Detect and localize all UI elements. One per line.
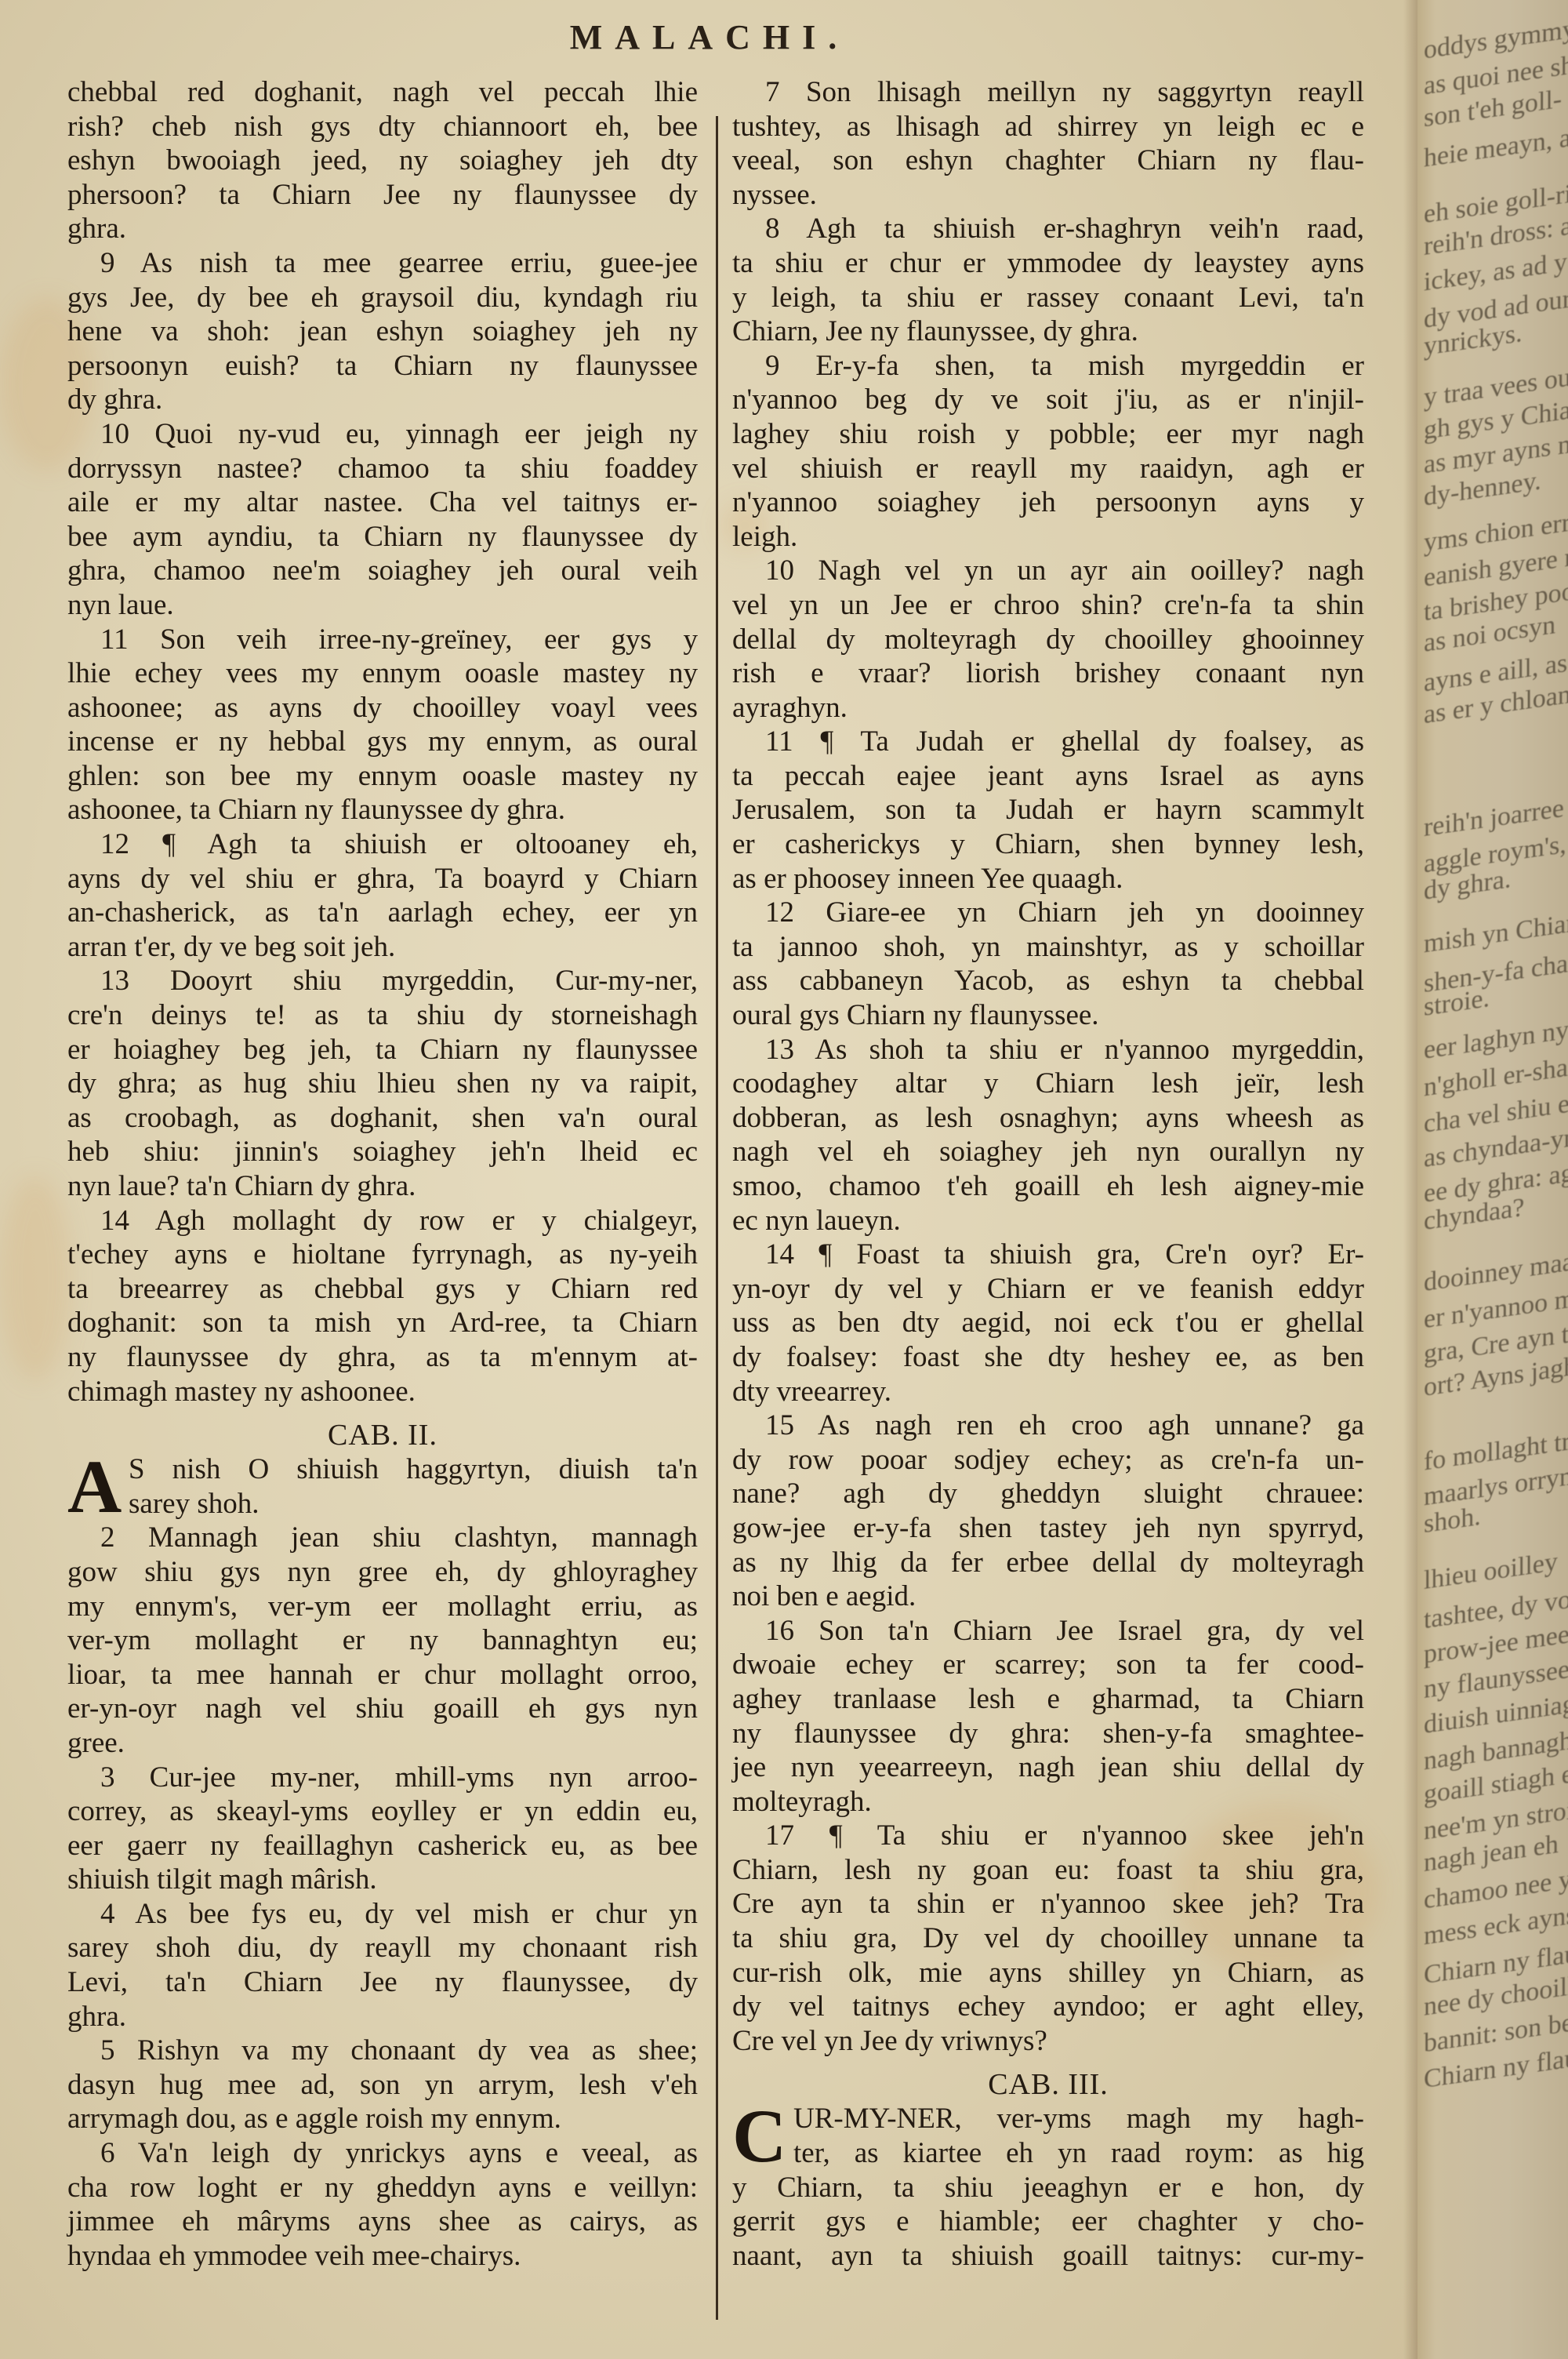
- text-line: noi ben e aegid.: [732, 1579, 1364, 1614]
- text-line: nagh vel eh soiaghey jeh nyn ourallyn ny: [732, 1135, 1364, 1169]
- text-line: Chiarn, lesh ny goan eu: foast ta shiu g…: [732, 1853, 1364, 1888]
- text-line: gys Jee, dy bee eh graysoil diu, kyndagh…: [67, 281, 698, 315]
- text-line: Chiarn, Jee ny flaunyssee, dy ghra.: [732, 314, 1364, 349]
- paper-stain: [0, 1176, 71, 1380]
- text-line: hyndaa eh ymmodee veih mee-chairys.: [67, 2239, 698, 2274]
- text-line: er hoiaghey beg jeh, ta Chiarn ny flauny…: [67, 1033, 698, 1067]
- text-line: 10 Nagh vel yn un ayr ain ooilley? nagh: [732, 554, 1364, 588]
- text-line: ter, as kiartee eh yn raad roym: as hig: [732, 2136, 1364, 2171]
- text-line: ec nyn laueyn.: [732, 1204, 1364, 1238]
- text-line: rish e vraar? liorish brishey conaant ny…: [732, 656, 1364, 691]
- text-line: 15 As nagh ren eh croo agh unnane? ga: [732, 1408, 1364, 1443]
- text-line: sarey shoh diu, dy reayll my chonaant ri…: [67, 1931, 698, 1965]
- text-line: oural gys Chiarn ny flaunyssee.: [732, 998, 1364, 1033]
- text-line: er casherickys y Chiarn, shen bynney les…: [732, 827, 1364, 862]
- text-line: ashoonee; as ayns dy chooilley voayl vee…: [67, 691, 698, 725]
- text-line: aile er my altar nastee. Cha vel taitnys…: [67, 485, 698, 520]
- text-line: molteyragh.: [732, 1785, 1364, 1819]
- left-column: chebbal red doghanit, nagh vel peccah lh…: [67, 75, 698, 2273]
- text-line: 12 Giare-ee yn Chiarn jeh yn dooinney: [732, 896, 1364, 930]
- text-line: Cre ayn ta shin er n'yannoo skee jeh? Tr…: [732, 1887, 1364, 1921]
- right-column: 7 Son lhisagh meillyn ny saggyrtyn reayl…: [732, 75, 1364, 2273]
- text-line: ver-ym mollaght er ny bannaghtyn eu;: [67, 1623, 698, 1658]
- text-line: vel shiuish er reayll my raaidyn, agh er: [732, 452, 1364, 486]
- text-line: ghra, chamoo nee'm soiaghey jeh oural ve…: [67, 554, 698, 588]
- text-line: 13 As shoh ta shiu er n'yannoo myrgeddin…: [732, 1033, 1364, 1067]
- text-line: vel yn un Jee er chroo shin? cre'n-fa ta…: [732, 588, 1364, 623]
- text-line: dasyn hug mee ad, son yn arrym, lesh v'e…: [67, 2068, 698, 2103]
- text-line: as er phoosey inneen Yee quaagh.: [732, 862, 1364, 896]
- text-line: dwoaie echey er scarrey; son ta fer cood…: [732, 1648, 1364, 1682]
- text-line: 7 Son lhisagh meillyn ny saggyrtyn reayl…: [732, 75, 1364, 110]
- text-line: 14 ¶ Foast ta shiuish gra, Cre'n oyr? Er…: [732, 1238, 1364, 1272]
- text-line: jimmee eh mâryms ayns shee as cairys, as: [67, 2205, 698, 2239]
- chapter-opening: CUR-MY-NER, ver-yms magh my hagh-ter, as…: [732, 2102, 1364, 2170]
- text-line: coodaghey altar y Chiarn lesh jeïr, lesh: [732, 1067, 1364, 1101]
- text-line: nyssee.: [732, 178, 1364, 213]
- text-line: S nish O shiuish haggyrtyn, diuish ta'n: [67, 1452, 698, 1487]
- text-line: ta shiu er chur er ymmodee dy leaystey a…: [732, 246, 1364, 281]
- text-line: ta breearrey as chebbal gys y Chiarn red: [67, 1272, 698, 1307]
- text-line: 6 Va'n leigh dy ynrickys ayns e veeal, a…: [67, 2136, 698, 2171]
- curled-next-page: oddys gymmyrkas quoi nee shassson t'eh g…: [1417, 0, 1568, 2359]
- text-line: 11 ¶ Ta Judah er ghellal dy foalsey, as: [732, 725, 1364, 759]
- text-line: 14 Agh mollaght dy row er y chialgeyr,: [67, 1204, 698, 1238]
- text-line: phersoon? ta Chiarn Jee ny flaunyssee dy: [67, 178, 698, 213]
- text-line: 13 Dooyrt shiu myrgeddin, Cur-my-ner,: [67, 964, 698, 998]
- text-line: ny flaunyssee dy ghra: shen-y-fa smaghte…: [732, 1717, 1364, 1751]
- text-line: UR-MY-NER, ver-yms magh my hagh-: [732, 2102, 1364, 2136]
- text-line: 17 ¶ Ta shiu er n'yannoo skee jeh'n: [732, 1819, 1364, 1853]
- text-line: aghey tranlaase lesh e gharmad, ta Chiar…: [732, 1682, 1364, 1717]
- text-line: 9 Er-y-fa shen, ta mish myrgeddin er: [732, 349, 1364, 383]
- chapter-heading: CAB. II.: [67, 1408, 698, 1452]
- text-line: eshyn bwooiagh jeed, ny soiaghey jeh dty: [67, 144, 698, 178]
- text-line: 11 Son veih irree-ny-greïney, eer gys y: [67, 623, 698, 657]
- text-line: shiuish tilgit magh mârish.: [67, 1863, 698, 1897]
- text-line: er-yn-oyr nagh vel shiu goaill eh gys ny…: [67, 1692, 698, 1726]
- text-line: arrymagh dou, as e aggle roish my ennym.: [67, 2102, 698, 2136]
- text-line: 4 As bee fys eu, dy vel mish er chur yn: [67, 1897, 698, 1932]
- text-line: Jerusalem, son ta Judah er hayrn scammyl…: [732, 793, 1364, 827]
- text-line: arran t'er, dy ve beg soit jeh.: [67, 930, 698, 965]
- text-line: dellal dy molteyragh dy chooilley ghooin…: [732, 623, 1364, 657]
- text-line: laghey shiu roish y pobble; eer myr nagh: [732, 417, 1364, 452]
- text-line: lioar, ta mee hannah er chur mollaght or…: [67, 1658, 698, 1692]
- text-line: lhie echey vees my ennym ooasle mastey n…: [67, 656, 698, 691]
- text-line: as croobagh, as doghanit, shen va'n oura…: [67, 1101, 698, 1136]
- text-line: smoo, chamoo t'eh goaill eh lesh aigney-…: [732, 1169, 1364, 1204]
- text-line: uss as ben dty aegid, noi eck t'ou er gh…: [732, 1306, 1364, 1340]
- chapter-opening: AS nish O shiuish haggyrtyn, diuish ta'n…: [67, 1452, 698, 1521]
- text-line: dy row pooar sodjey echey; as cre'n-fa u…: [732, 1443, 1364, 1478]
- text-line: nyn laue.: [67, 588, 698, 623]
- text-line: nane? agh dy gheddyn sluight chrauee:: [732, 1477, 1364, 1511]
- text-line: naant, ayn ta shiuish goaill taitnys: cu…: [732, 2239, 1364, 2274]
- text-line: gow shiu gys nyn gree eh, dy ghloyraghey: [67, 1555, 698, 1590]
- text-line: dorryssyn nastee? chamoo ta shiu foaddey: [67, 452, 698, 486]
- text-line: y Chiarn, ta shiu jeeaghyn er e hon, dy: [732, 2171, 1364, 2205]
- text-line: dy foalsey: foast she dty heshey ee, as …: [732, 1340, 1364, 1375]
- text-line: ayns dy vel shiu er ghra, Ta boayrd y Ch…: [67, 862, 698, 896]
- text-line: dy ghra.: [67, 383, 698, 417]
- text-line: dty vreearrey.: [732, 1375, 1364, 1409]
- text-line: ghlen: son bee my ennym ooasle mastey ny: [67, 759, 698, 794]
- text-line: n'yannoo beg dy ve soit j'iu, as er n'in…: [732, 383, 1364, 417]
- text-line: ta jannoo shoh, yn mainshtyr, as y schoi…: [732, 930, 1364, 965]
- text-line: bee aym ayndiu, ta Chiarn ny flaunyssee …: [67, 520, 698, 554]
- text-line: eer gaerr ny feaillaghyn casherick eu, a…: [67, 1829, 698, 1863]
- column-divider: [716, 116, 718, 2320]
- text-line: gree.: [67, 1726, 698, 1761]
- text-line: nyn laue? ta'n Chiarn dy ghra.: [67, 1169, 698, 1204]
- text-line: Levi, ta'n Chiarn Jee ny flaunyssee, dy: [67, 1965, 698, 2000]
- text-line: ass cabbaneyn Yacob, as eshyn ta chebbal: [732, 964, 1364, 998]
- text-line: 2 Mannagh jean shiu clashtyn, mannagh: [67, 1521, 698, 1555]
- text-line: ny flaunyssee dy ghra, as ta m'ennym at-: [67, 1340, 698, 1375]
- text-line: doghanit: son ta mish yn Ard-ree, ta Chi…: [67, 1306, 698, 1340]
- text-line: t'echey ayns e hioltane fyrrynagh, as ny…: [67, 1238, 698, 1272]
- text-line: correy, as skeayl-yms eoylley er yn eddi…: [67, 1794, 698, 1829]
- text-line: dy ghra; as hug shiu lhieu shen ny va ra…: [67, 1067, 698, 1101]
- text-line: cre'n deinys te! as ta shiu dy storneish…: [67, 998, 698, 1033]
- text-line: gow-jee er-y-fa shen tastey jeh nyn spyr…: [732, 1511, 1364, 1546]
- text-line: ghra.: [67, 212, 698, 246]
- text-line: cur-rish olk, mie ayns shilley yn Chiarn…: [732, 1956, 1364, 1990]
- text-line: veeal, son eshyn chaghter Chiarn ny flau…: [732, 144, 1364, 178]
- text-line: sarey shoh.: [67, 1487, 698, 1521]
- text-line: 8 Agh ta shiuish er-shaghryn veih'n raad…: [732, 212, 1364, 246]
- text-line: 9 As nish ta mee gearree erriu, guee-jee: [67, 246, 698, 281]
- text-line: as ny lhig da fer erbee dellal dy moltey…: [732, 1546, 1364, 1580]
- book-page: MALACHI. chebbal red doghanit, nagh vel …: [0, 0, 1419, 2359]
- text-line: dobberan, as lesh osnaghyn; ayns wheesh …: [732, 1101, 1364, 1136]
- text-line: ta peccah eajee jeant ayns Israel as ayn…: [732, 759, 1364, 794]
- text-line: ayraghyn.: [732, 691, 1364, 725]
- chapter-heading: CAB. III.: [732, 2058, 1364, 2102]
- text-line: 3 Cur-jee my-ner, mhill-yms nyn arroo-: [67, 1761, 698, 1795]
- text-line: 5 Rishyn va my chonaant dy vea as shee;: [67, 2034, 698, 2068]
- text-line: dy vel taitnys echey ayndoo; er aght ell…: [732, 1990, 1364, 2024]
- text-line: cha row loght er ny gheddyn ayns e veill…: [67, 2171, 698, 2205]
- text-line: heb shiu: jinnin's soiaghey jeh'n lheid …: [67, 1135, 698, 1169]
- text-line: ashoonee, ta Chiarn ny flaunyssee dy ghr…: [67, 793, 698, 827]
- text-line: y leigh, ta shiu er rassey conaant Levi,…: [732, 281, 1364, 315]
- text-line: chebbal red doghanit, nagh vel peccah lh…: [67, 75, 698, 110]
- text-line: my ennym's, ver-ym eer mollaght erriu, a…: [67, 1590, 698, 1624]
- text-line: n'yannoo soiaghey jeh persoonyn ayns y: [732, 485, 1364, 520]
- drop-cap: C: [732, 2103, 786, 2169]
- text-line: 16 Son ta'n Chiarn Jee Israel gra, dy ve…: [732, 1614, 1364, 1648]
- text-line: rish? cheb nish gys dty chiannoort eh, b…: [67, 110, 698, 144]
- text-line: hene va shoh: jean eshyn soiaghey jeh ny: [67, 314, 698, 349]
- text-line: an-chasherick, as ta'n aarlagh echey, ee…: [67, 896, 698, 930]
- text-line: ta shiu gra, Dy vel dy chooilley unnane …: [732, 1921, 1364, 1956]
- text-line: 10 Quoi ny-vud eu, yinnagh eer jeigh ny: [67, 417, 698, 452]
- text-line: jee nyn yeearreeyn, nagh jean shiu della…: [732, 1750, 1364, 1785]
- text-line: leigh.: [732, 520, 1364, 554]
- text-line: incense er ny hebbal gys my ennym, as ou…: [67, 725, 698, 759]
- text-line: yn-oyr dy vel y Chiarn er ve feanish edd…: [732, 1272, 1364, 1307]
- text-line: chimagh mastey ny ashoonee.: [67, 1375, 698, 1409]
- text-line: persoonyn euish? ta Chiarn ny flaunyssee: [67, 349, 698, 383]
- text-line: tushtey, as lhisagh ad shirrey yn leigh …: [732, 110, 1364, 144]
- text-line: gerrit gys e hiamble; eer chaghter y cho…: [732, 2205, 1364, 2239]
- text-line: 12 ¶ Agh ta shiuish er oltooaney eh,: [67, 827, 698, 862]
- text-line: ghra.: [67, 2000, 698, 2034]
- text-line: Cre vel yn Jee dy vriwnys?: [732, 2024, 1364, 2059]
- running-head: MALACHI.: [0, 17, 1419, 57]
- drop-cap: A: [67, 1454, 122, 1520]
